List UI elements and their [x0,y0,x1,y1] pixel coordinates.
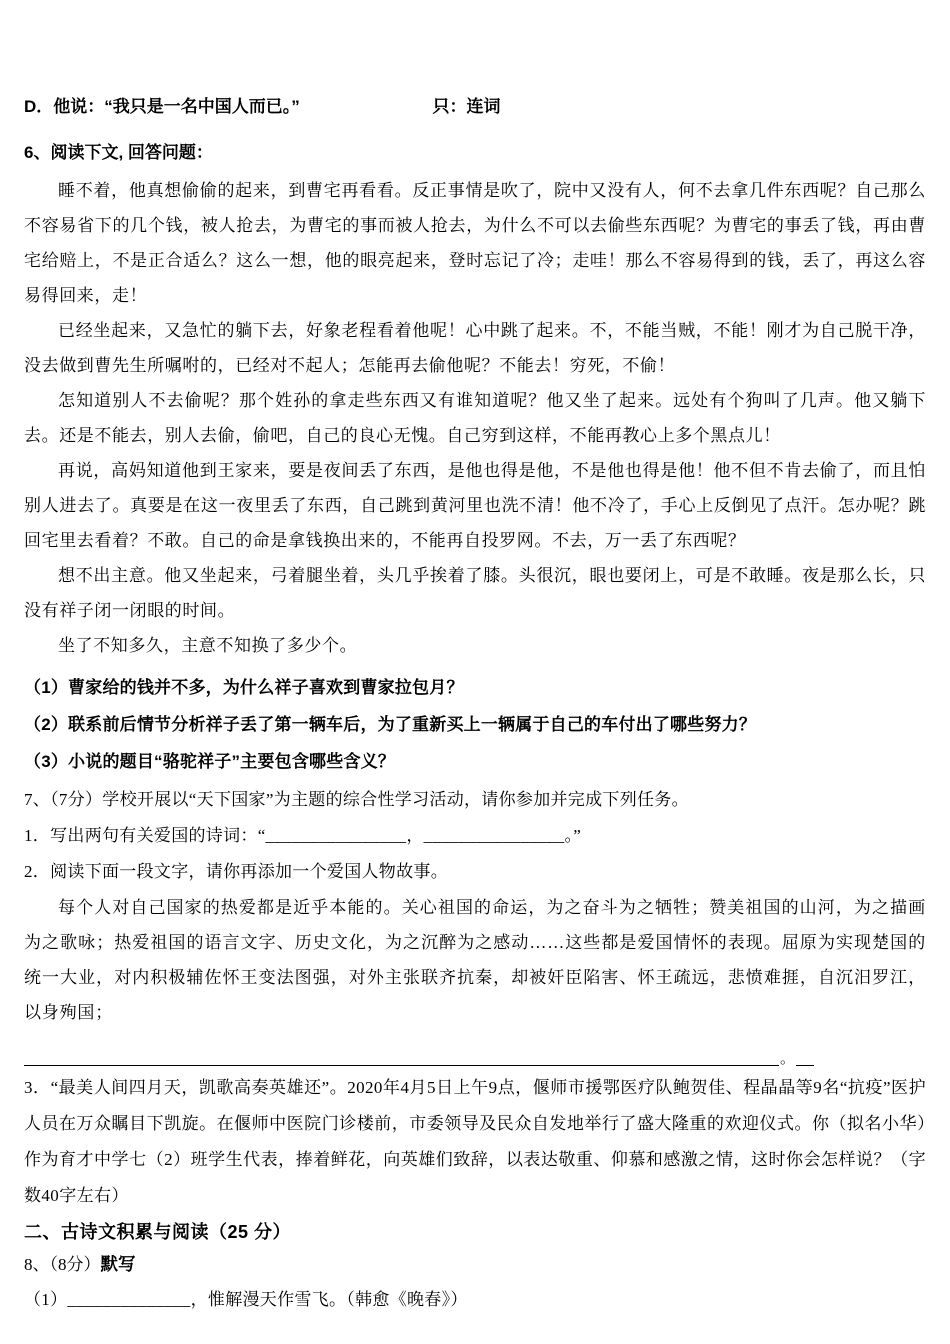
passage-paragraph: 再说，高妈知道他到王家来，要是夜间丢了东西，是他也得是他，不是他也得是他！他不但… [24,453,926,558]
question-8-number: 8、（8分） [24,1255,101,1274]
answer-blank-line: 。 [24,1036,814,1066]
question-7-passage: 每个人对自己国家的热爱都是近乎本能的。关心祖国的命运，为之奋斗为之牺牲；赞美祖国… [24,890,926,1030]
subquestion-1: （1）曹家给的钱并不多，为什么祥子喜欢到曹家拉包月？ [24,669,926,706]
blank-underline [24,1065,779,1066]
passage-paragraph: 已经坐起来，又急忙的躺下去，好象老程看着他呢！心中跳了起来。不，不能当贼，不能！… [24,313,926,383]
section-2-header: 二、古诗文积累与阅读（25 分） [24,1216,926,1248]
passage-paragraph: 坐了不知多久，主意不知换了多少个。 [24,628,926,663]
option-d-annotation: 只：连词 [433,96,501,118]
passage-paragraph: 想不出主意。他又坐起来，弓着腿坐着，头几乎挨着了膝。头很沉，眼也要闭上，可是不敢… [24,558,926,628]
question-8-title: 默写 [101,1254,136,1274]
question-6-header: 6、阅读下文, 回答问题： [24,142,926,164]
passage-paragraph: 睡不着，他真想偷偷的起来，到曹宅再看看。反正事情是吹了，院中又没有人，何不去拿几… [24,173,926,313]
subquestion-3: （3）小说的题目“骆驼祥子”主要包含哪些含义？ [24,743,926,780]
option-d-text: D．他说：“我只是一名中国人而已。” [24,97,300,116]
exam-page: D．他说：“我只是一名中国人而已。” 只：连词 6、阅读下文, 回答问题： 睡不… [0,0,950,1344]
question-7-task-1: 1．写出两句有关爱国的诗词：“________________，________… [24,818,926,854]
question-8-item-1: （1）______________，惟解漫天作雪飞。（韩愈《晚春》） [24,1281,926,1318]
question-8-header: 8、（8分）默写 [24,1248,926,1281]
subquestion-2: （2）联系前后情节分析祥子丢了第一辆车后，为了重新买上一辆属于自己的车付出了哪些… [24,706,926,743]
option-d-row: D．他说：“我只是一名中国人而已。” 只：连词 [24,96,926,118]
question-7-task-3: 3．“最美人间四月天，凯歌高奏英雄还”。2020年4月5日上午9点，偃师市援鄂医… [24,1070,926,1214]
question-7-task-2: 2．阅读下面一段文字，请你再添加一个爱国人物故事。 [24,854,926,890]
question-6-subquestions: （1）曹家给的钱并不多，为什么祥子喜欢到曹家拉包月？ （2）联系前后情节分析祥子… [24,669,926,780]
question-7-header: 7、（7分）学校开展以“天下国家”为主题的综合性学习活动，请你参加并完成下列任务… [24,782,926,818]
blank-underline-tail [796,1065,814,1066]
passage-paragraph: 怎知道别人不去偷呢？那个姓孙的拿走些东西又有谁知道呢？他又坐了起来。远处有个狗叫… [24,383,926,453]
blank-end-punctuation: 。 [779,1053,796,1066]
question-6-passage: 睡不着，他真想偷偷的起来，到曹宅再看看。反正事情是吹了，院中又没有人，何不去拿几… [24,173,926,663]
